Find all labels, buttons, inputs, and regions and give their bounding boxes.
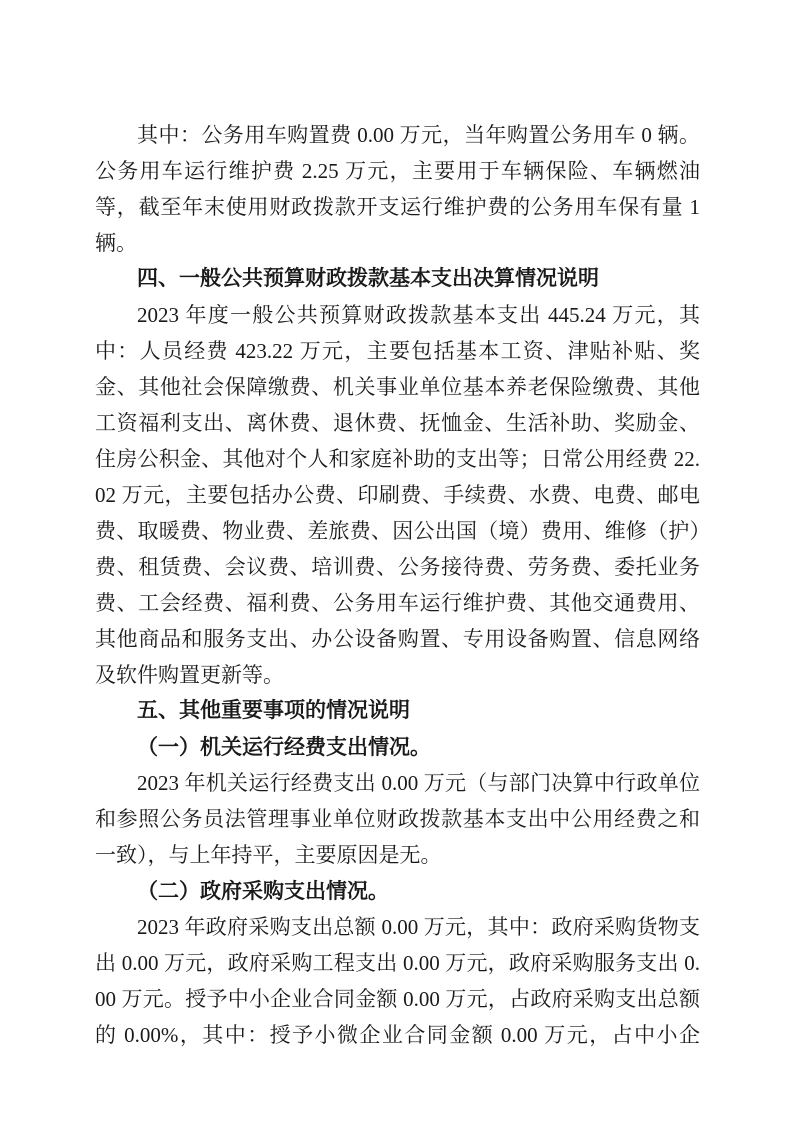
heading-section-5-other-important-items: 五、其他重要事项的情况说明: [95, 693, 700, 729]
document-page: 其中：公务用车购置费 0.00 万元，当年购置公务用车 0 辆。公务用车运行维护…: [0, 0, 793, 1122]
para-vehicle-purchase-and-maintenance: 其中：公务用车购置费 0.00 万元，当年购置公务用车 0 辆。公务用车运行维护…: [95, 117, 700, 261]
heading-subsection-2-government-procurement: （二）政府采购支出情况。: [95, 873, 700, 909]
para-basic-expenditure-detail: 2023 年度一般公共预算财政拨款基本支出 445.24 万元，其中：人员经费 …: [95, 297, 700, 693]
heading-subsection-1-agency-operating-expense: （一）机关运行经费支出情况。: [95, 729, 700, 765]
para-agency-operating-expense-detail: 2023 年机关运行经费支出 0.00 万元（与部门决算中行政单位和参照公务员法…: [95, 765, 700, 873]
para-government-procurement-detail: 2023 年政府采购支出总额 0.00 万元，其中：政府采购货物支出 0.00 …: [95, 909, 700, 1053]
heading-section-4-basic-expenditure: 四、一般公共预算财政拨款基本支出决算情况说明: [95, 261, 700, 297]
